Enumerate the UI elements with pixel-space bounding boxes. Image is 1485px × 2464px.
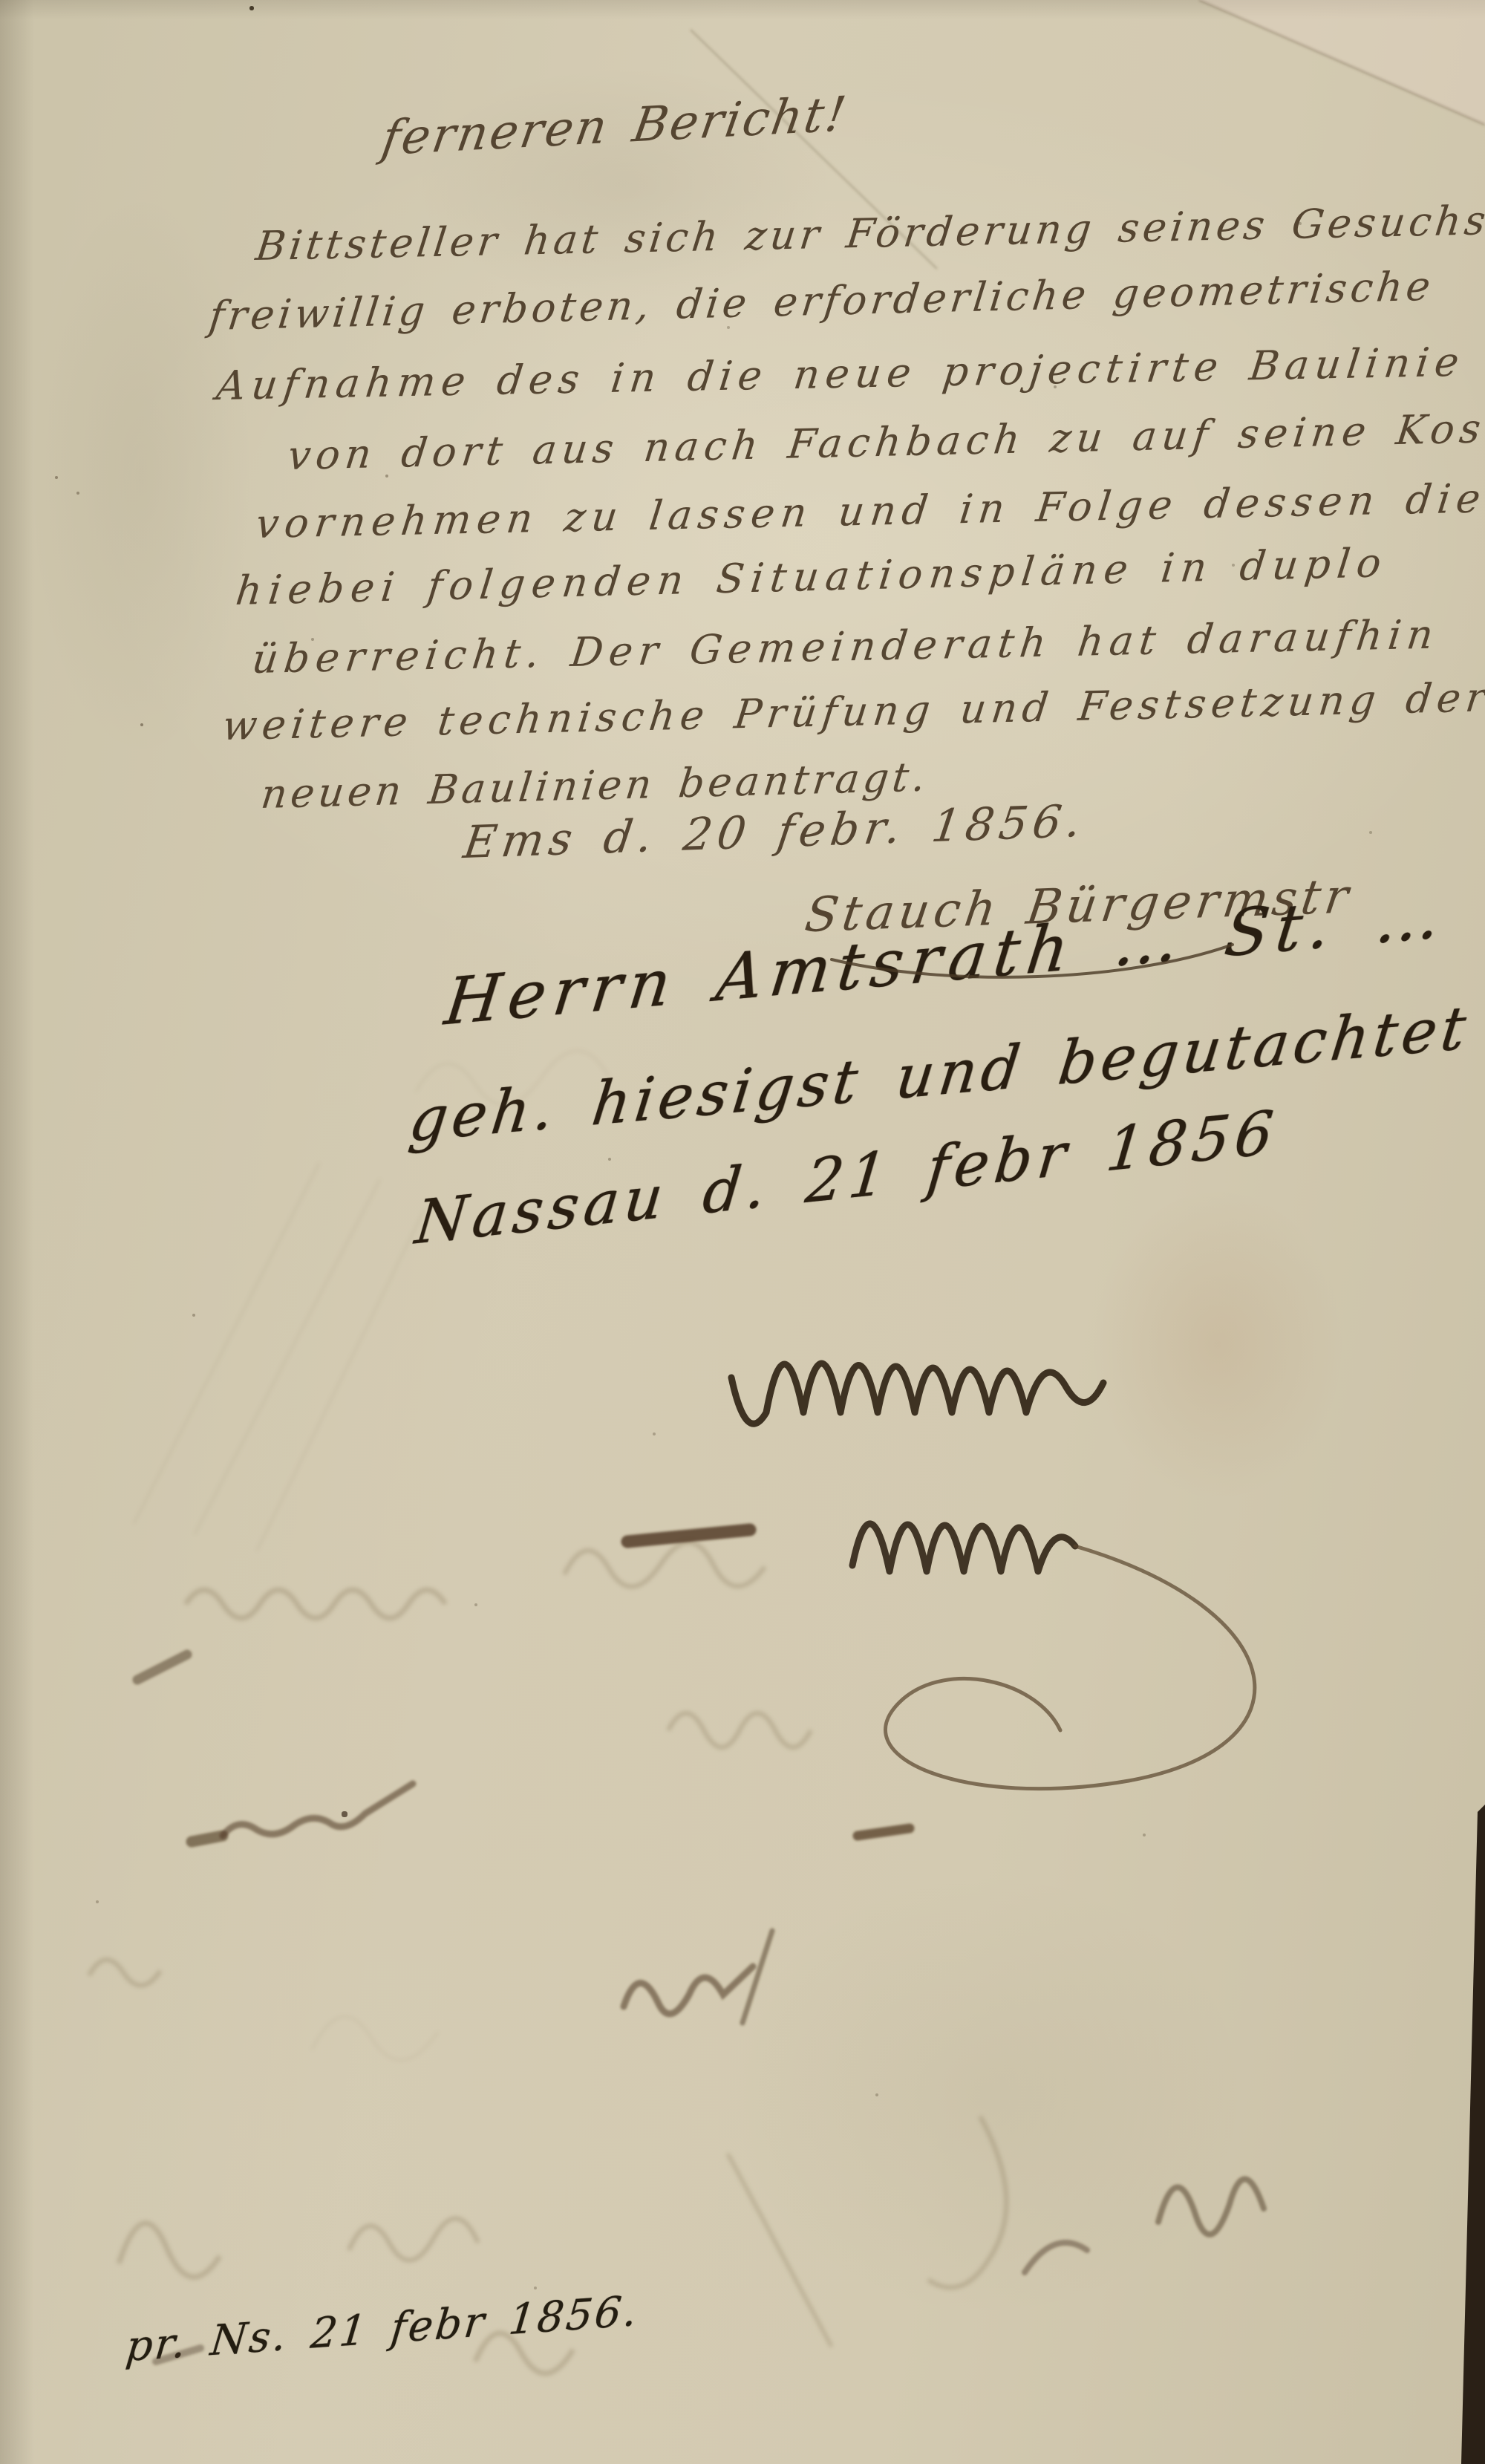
letter-heading: ferneren Bericht! [378, 87, 852, 167]
letter-body-line: hiebei folgenden Situationspläne in dupl… [233, 539, 1390, 614]
signature-flourish [731, 1363, 1103, 1424]
paper-stain [728, 1871, 1247, 2317]
paper-stain [30, 193, 252, 757]
received-note: pr. Ns. 21 febr 1856. [124, 2287, 642, 2371]
scan-background-right-edge [1461, 1805, 1485, 2464]
signature-flourish-loop [886, 1546, 1255, 1789]
letter-body-line: freiwillig erboten, die erforderliche ge… [206, 263, 1436, 339]
paper-edge-shading-top [0, 0, 1485, 19]
folded-corner [1199, 0, 1485, 125]
letter-body-line: weitere technische Prüfung und Festsetzu… [220, 674, 1485, 749]
letter-body-line: Bittsteller hat sich zur Förderung seine… [253, 197, 1485, 270]
paper-crease [1199, 0, 1485, 125]
paper-speckles [0, 0, 1, 1]
paper-stain [1091, 1188, 1344, 1500]
bleed-through-strokes [89, 1051, 1006, 2373]
letter-body-line: überreicht. Der Gemeinderath hat daraufh… [249, 610, 1441, 682]
letter-scan: ferneren Bericht! Bittsteller hat sich z… [0, 0, 1485, 2464]
paper-edge-shading-left [0, 0, 34, 2464]
ink-smudges [137, 1530, 1264, 2362]
letter-body-line: von dort aus nach Fachbach zu auf seine … [285, 403, 1485, 479]
letter-body-line: vornehmen zu lassen und in Folge dessen … [253, 475, 1485, 547]
signature-flourish [852, 1524, 1075, 1571]
letter-body-line: Aufnahme des in die neue projectirte Bau… [214, 339, 1467, 409]
